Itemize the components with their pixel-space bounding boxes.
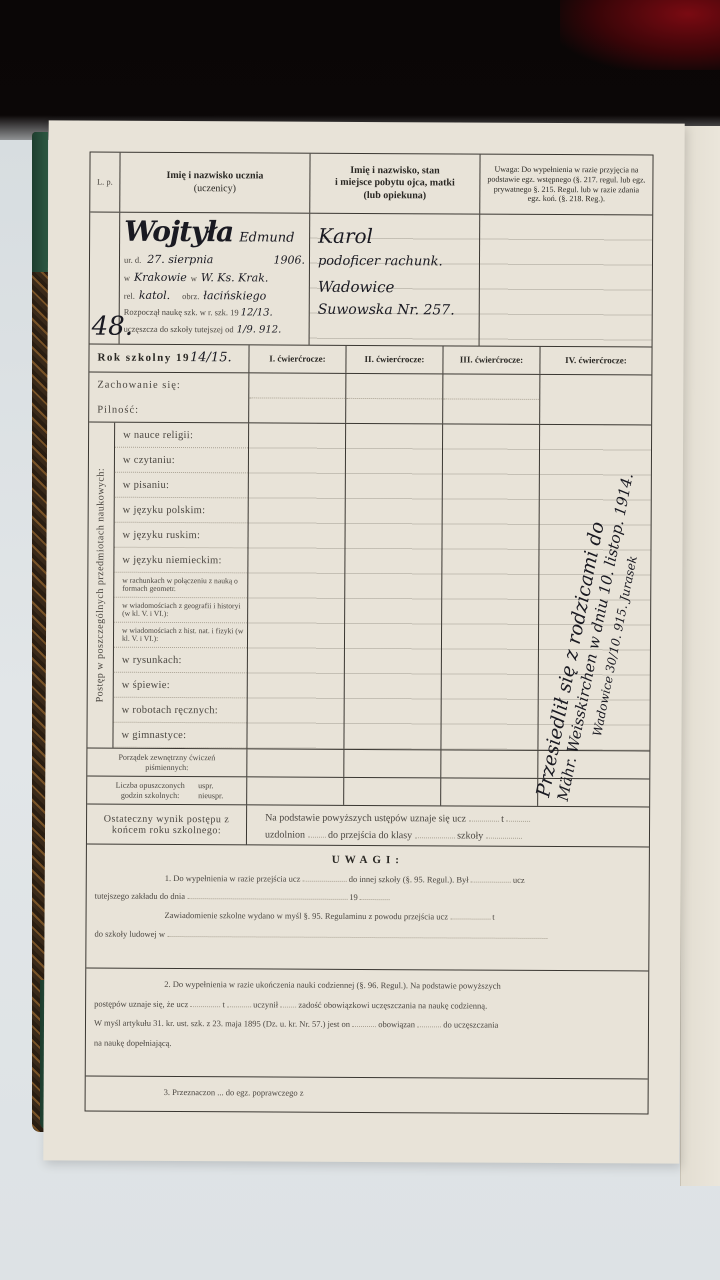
grades-q1 (247, 423, 346, 749)
school-year-row: Rok szkolny 19 14/15. I. ćwierćrocze: II… (89, 345, 651, 376)
remarks-3-content: 3. Przeznaczon ... do egz. poprawczego z (86, 1077, 648, 1114)
subject-arithmetic: w rachunkach w połączeniu z nauką o form… (114, 573, 247, 599)
school-year-cell: Rok szkolny 19 14/15. (89, 345, 249, 373)
parent-header-line2: i miejsce pobytu ojca, matki (335, 177, 455, 190)
final-text-1: Na podstawie powyższych ustępów uznaje s… (265, 812, 466, 824)
parent-address: Suwowska Nr. 257. (318, 302, 471, 319)
student-surname: Wojtyła (124, 215, 233, 249)
started-label: Rozpoczął naukę szk. w r. szk. 19 (124, 307, 239, 318)
remarks-2-content: 2. Do wypełnienia w razie ukończenia nau… (86, 969, 649, 1079)
remarks-1b: do innej szkoły (§. 95. Regul.). Był (349, 874, 469, 885)
born-year: 1906. (273, 254, 305, 267)
subject-reading: w czytaniu: (115, 448, 248, 474)
parent-header-line3: (lub opiekuna) (364, 190, 427, 203)
remarks-1d: tutejszego zakładu do dnia (95, 891, 185, 901)
absences-label: Liczba opuszczonych godzin szkolnych: (110, 781, 190, 801)
subject-polish: w języku polskim: (115, 498, 248, 524)
quarter-4-header: IV. ćwierćrocze: (540, 347, 651, 375)
grades-q2 (344, 424, 443, 750)
remarks-2h: do uczęszczania (443, 1020, 498, 1030)
subject-gymnastics: w gimnastyce: (113, 723, 246, 749)
born-label: ur. d. (124, 255, 141, 265)
conduct-q2 (346, 374, 443, 424)
note-cell (480, 215, 653, 347)
school-year-label: Rok szkolny 19 (97, 351, 190, 365)
attends-label: uczęszcza do szkoły tutejszej od (124, 324, 234, 335)
excused-label: uspr. (198, 781, 223, 791)
quarter-1-header: I. ćwierćrocze: (249, 345, 346, 373)
quarter-1-label: I. ćwierćrocze: (269, 353, 325, 365)
remarks-1-content: UWAGI: 1. Do wypełnienia w razie przejśc… (86, 845, 649, 971)
conduct-q3 (443, 374, 540, 424)
district-prefix: w (191, 273, 197, 283)
parent-occupation: podoficer rachunk. (318, 254, 471, 279)
remarks-section-3: 3. Przeznaczon ... do egz. poprawczego z (86, 1077, 648, 1114)
subject-german: w języku niemieckim: (114, 548, 247, 574)
conduct-behavior-label: Zachowanie się: (97, 373, 248, 399)
remarks-2a: 2. Do wypełnienia w razie ukończenia nau… (94, 975, 640, 997)
conduct-diligence-label: Pilność: (97, 398, 248, 424)
subjects-column: Postęp w poszczególnych przedmiotach nau… (87, 423, 249, 749)
attends-since: 1/9. 912. (237, 324, 282, 335)
grades-q3 (441, 424, 540, 750)
remarks-section-2: 2. Do wypełnienia w razie ukończenia nau… (86, 969, 649, 1080)
lp-header: L. p. (90, 153, 120, 212)
parent-cell: Karol podoficer rachunk. Wadowice Suwows… (310, 214, 481, 346)
conduct-q1 (249, 373, 346, 423)
final-result-row: Ostateczny wynik postępu z końcem roku s… (87, 805, 649, 848)
subject-ruthenian: w języku ruskim: (114, 523, 247, 549)
student-header-sub: (uczenicy) (194, 183, 236, 196)
written-order-label: Porządek zewnętrzny ćwiczeń piśmiennych: (87, 749, 247, 777)
subject-writing: w pisaniu: (115, 473, 248, 499)
quarter-3-header: III. ćwierćrocze: (443, 346, 540, 374)
facing-page-edge (680, 126, 720, 1186)
school-year-value: 14/15. (190, 350, 232, 366)
quarter-2-label: II. ćwierćrocze: (365, 354, 425, 366)
note-header: Uwaga: Do wypełnienia w razie przyjęcia … (480, 155, 652, 215)
register-page: L. p. Imię i nazwisko ucznia (uczenicy) … (43, 120, 684, 1163)
remarks-2g: obowiązan (378, 1019, 415, 1029)
student-cell: Wojtyła Edmund ur. d. 27. sierpnia 1906.… (120, 213, 311, 345)
remarks-1c: ucz (513, 874, 525, 884)
student-first-name: Edmund (239, 230, 294, 245)
subject-geography-history: w wiadomościach z geografii i historyi (… (114, 598, 247, 624)
remarks-2e: zadość obowiązkowi uczęszczania na naukę… (298, 999, 487, 1010)
subject-natural-history-physics: w wiadomościach z hist. nat. i fizyki (w… (114, 623, 247, 649)
conduct-labels: Zachowanie się: Pilność: (89, 373, 249, 423)
student-header-title: Imię i nazwisko ucznia (166, 170, 263, 183)
quarter-4-label: IV. ćwierćrocze: (565, 355, 627, 367)
conduct-q4 (540, 375, 651, 425)
remarks-1f: Zawiadomienie szkolne wydano w myśl §. 9… (165, 910, 449, 921)
conduct-rows: Zachowanie się: Pilność: (89, 373, 651, 426)
red-cloth-background (560, 0, 720, 70)
parent-header-line1: Imię i nazwisko, stan (350, 165, 440, 178)
progress-vertical-label: Postęp w poszczególnych przedmiotach nau… (87, 423, 115, 748)
subjects-list: w nauce religii: w czytaniu: w pisaniu: … (113, 423, 248, 749)
birth-district: W. Ks. Krak. (201, 271, 269, 284)
unexcused-label: nieuspr. (198, 791, 223, 801)
final-text-4: szkoły (457, 830, 483, 841)
remarks-2b: postępów uznaje się, że ucz (94, 998, 188, 1008)
subject-singing: w śpiewie: (114, 673, 247, 699)
final-text-3: do przejścia do klasy (328, 830, 412, 841)
parent-header: Imię i nazwisko, stan i miejsce pobytu o… (310, 154, 480, 214)
remarks-3: 3. Przeznaczon ... do egz. poprawczego z (94, 1083, 640, 1105)
absences-cell: Liczba opuszczonych godzin szkolnych: us… (87, 777, 247, 805)
final-result-text: Na podstawie powyższych ustępów uznaje s… (247, 805, 649, 846)
header-row: L. p. Imię i nazwisko ucznia (uczenicy) … (90, 153, 652, 216)
progress-label-text: Postęp w poszczególnych przedmiotach nau… (95, 468, 107, 703)
rite-label: obrz. (182, 291, 199, 301)
subject-religion: w nauce religii: (115, 423, 248, 449)
religion-value: katol. (139, 289, 170, 302)
remarks-2c: t (222, 999, 224, 1009)
student-header: Imię i nazwisko ucznia (uczenicy) (120, 153, 310, 213)
note-header-text: Uwaga: Do wypełnienia w razie przyjęcia … (486, 165, 646, 204)
remarks-section-1: UWAGI: 1. Do wypełnienia w razie przejśc… (86, 845, 649, 972)
subject-handicraft: w robotach ręcznych: (114, 698, 247, 724)
remarks-2d: uczynił (253, 999, 278, 1009)
birth-place: Krakowie (134, 271, 187, 284)
remarks-1h: do szkoły ludowej w (94, 928, 165, 938)
remarks-1a: 1. Do wypełnienia w razie przejścia ucz (165, 873, 301, 884)
lp-cell: 48. (90, 213, 121, 344)
started-year: 12/13. (241, 307, 273, 318)
remarks-2i: na naukę dopełniającą. (94, 1033, 640, 1055)
final-text-2: uzdolnion (265, 829, 305, 840)
place-prefix: w (124, 273, 130, 283)
remarks-1e: 19 (349, 892, 358, 902)
rite-value: łacińskiego (203, 289, 266, 302)
parent-name: Karol (318, 224, 471, 255)
religion-label: rel. (124, 291, 135, 301)
remarks-1g: t (492, 912, 494, 922)
quarter-3-label: III. ćwierćrocze: (460, 354, 523, 366)
remarks-2f: W myśl artykułu 31. kr. ust. szk. z 23. … (94, 1018, 350, 1029)
student-row: 48. Wojtyła Edmund ur. d. 27. sierpnia 1… (90, 213, 653, 348)
lp-label: L. p. (97, 177, 113, 188)
final-result-label: Ostateczny wynik postępu z końcem roku s… (87, 805, 247, 845)
quarter-2-header: II. ćwierćrocze: (346, 346, 443, 374)
born-date: 27. sierpnia (147, 253, 213, 266)
parent-city: Wadowice (318, 278, 471, 303)
subject-drawing: w rysunkach: (114, 648, 247, 674)
book-spine-green-top (32, 132, 48, 272)
